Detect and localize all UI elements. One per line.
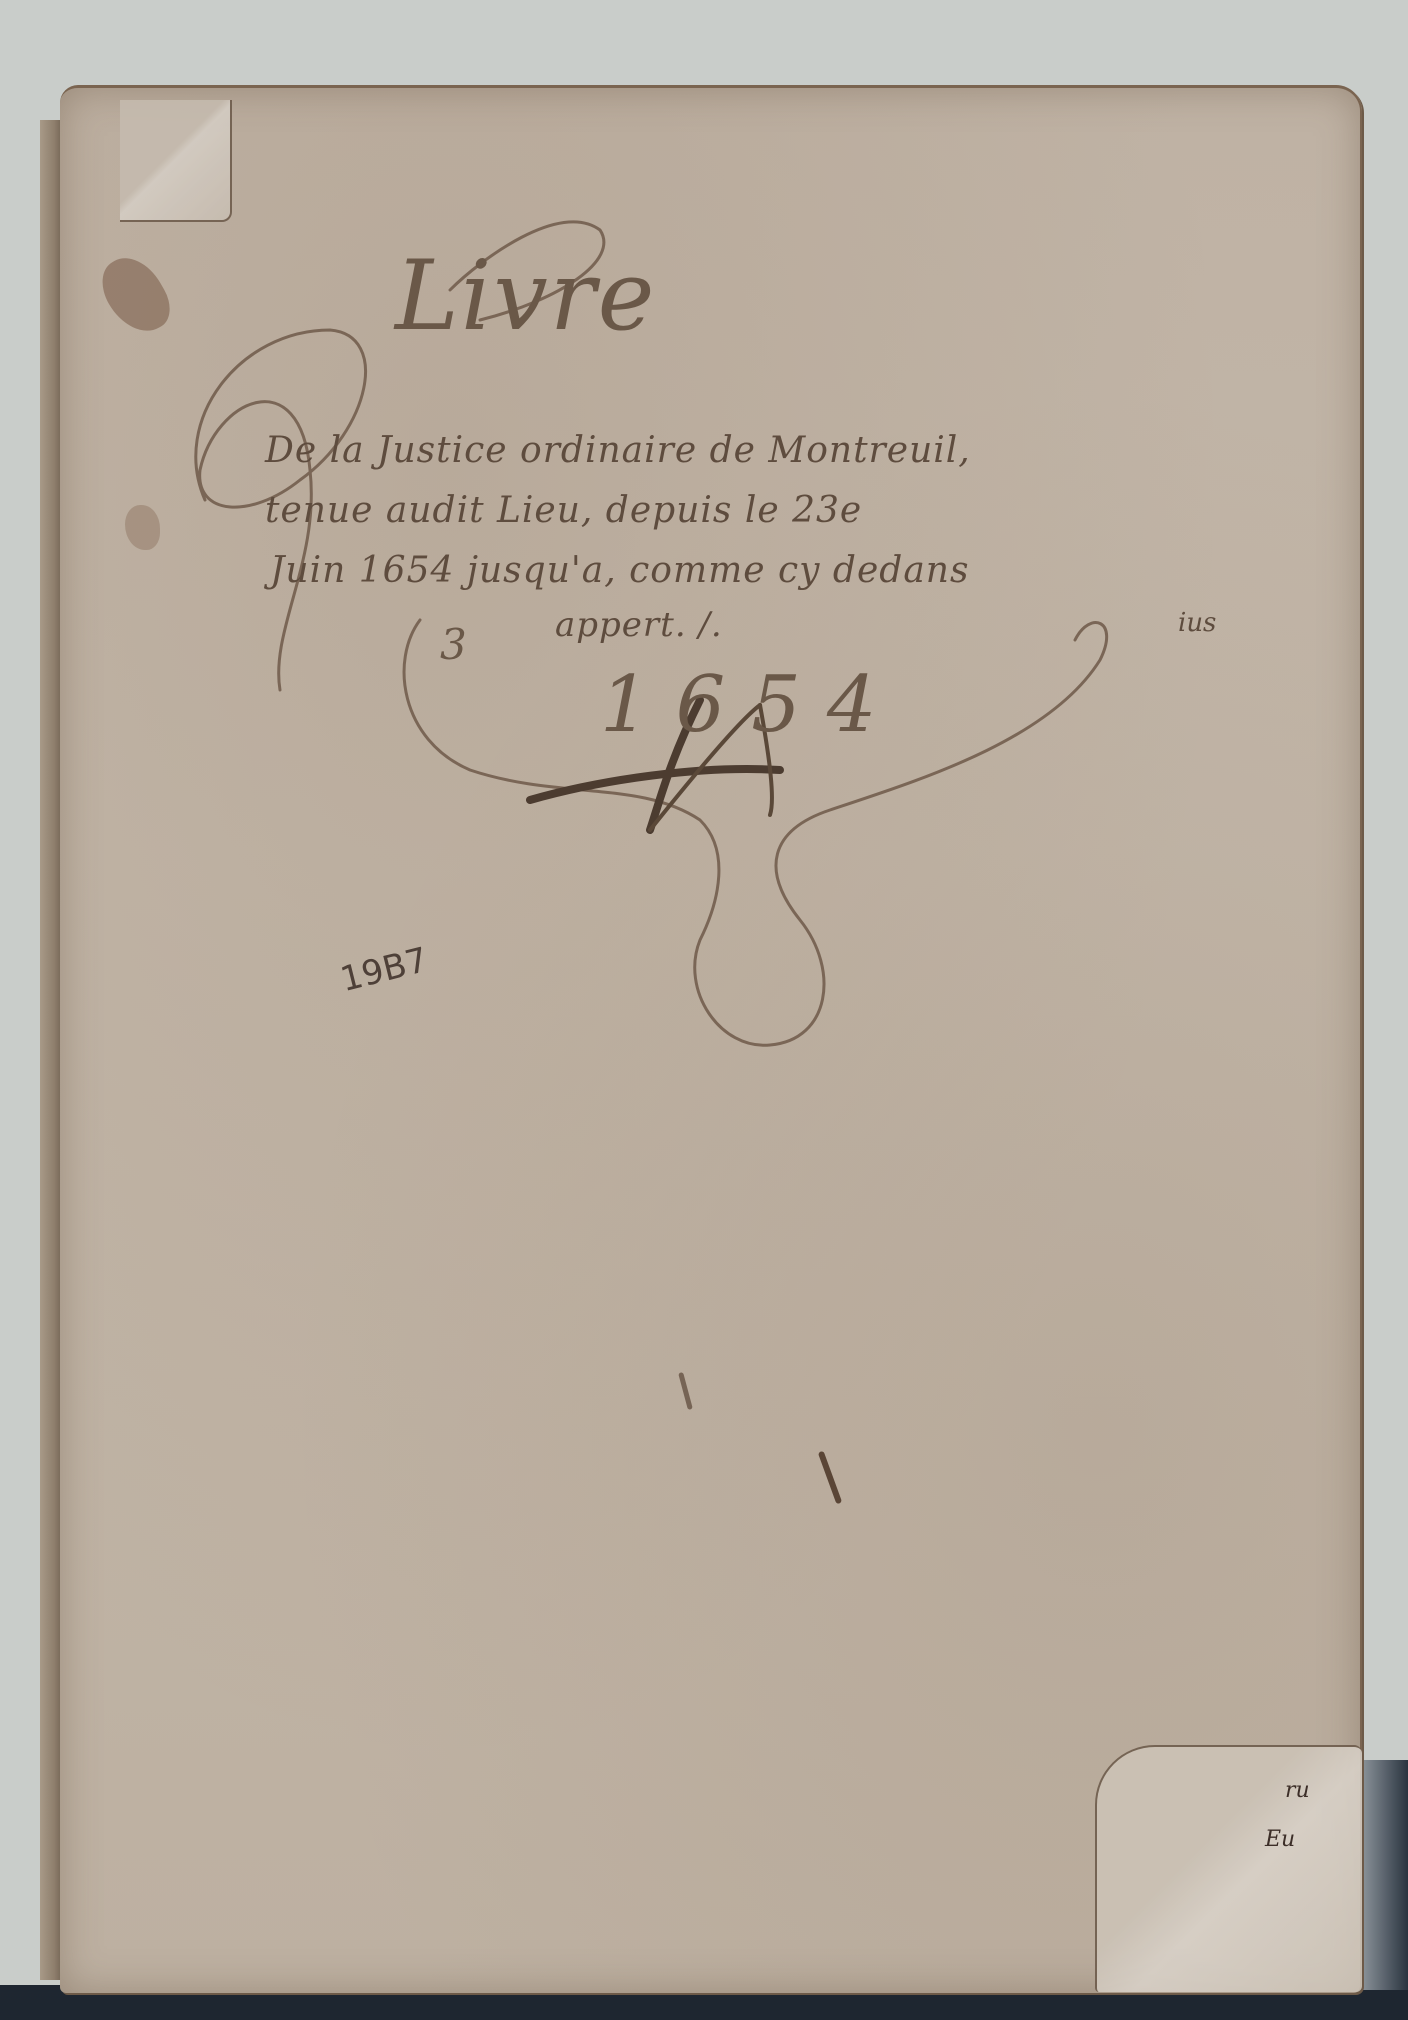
repair-patch-bottom-right xyxy=(1095,1745,1362,1992)
corner-note-2: Eu xyxy=(1265,1827,1295,1852)
repair-patch-top-left xyxy=(120,100,232,222)
year: 1654 xyxy=(600,660,903,750)
title-livre: Livre xyxy=(395,240,656,352)
body-line-2: tenue audit Lieu, depuis le 23e xyxy=(265,490,862,531)
marginal-mark-left: 3 xyxy=(440,620,467,669)
corner-note-1: ru xyxy=(1285,1778,1310,1803)
body-line-1: De la Justice ordinaire de Montreuil, xyxy=(265,430,971,471)
marginal-mark-right: ius xyxy=(1178,608,1216,638)
body-line-4: appert. /. xyxy=(555,605,723,645)
manuscript-page xyxy=(60,85,1362,1993)
body-line-3: Juin 1654 jusqu'a, comme cy dedans xyxy=(270,550,969,591)
